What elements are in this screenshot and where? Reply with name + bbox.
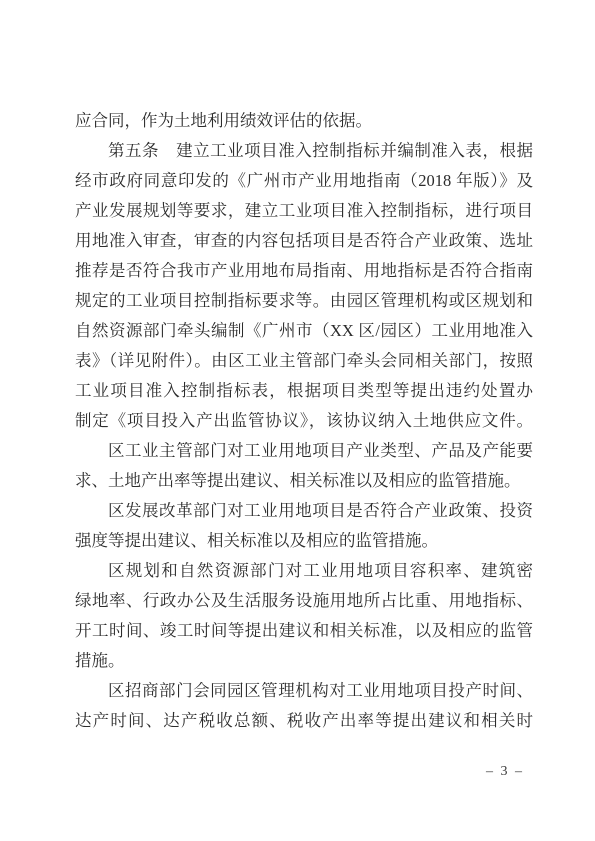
text-line: 措施。 <box>75 646 533 676</box>
text-line: 第五条 建立工业项目准入控制指标并编制准入表，根据 <box>75 136 533 166</box>
text-line: 用地准入审查，审查的内容包括项目是否符合产业政策、选址 <box>75 226 533 256</box>
text-line: 应合同，作为土地利用绩效评估的依据。 <box>75 106 533 136</box>
text-line: 强度等提出建议、相关标准以及相应的监管措施。 <box>75 526 533 556</box>
text-line: 产业发展规划等要求，建立工业项目准入控制指标，进行项目 <box>75 196 533 226</box>
document-body: 应合同，作为土地利用绩效评估的依据。第五条 建立工业项目准入控制指标并编制准入表… <box>75 106 533 736</box>
text-line: 开工时间、竣工时间等提出建议和相关标准，以及相应的监管 <box>75 616 533 646</box>
text-line: 工业项目准入控制指标表，根据项目类型等提出违约处置办法， <box>75 376 533 406</box>
text-line: 经市政府同意印发的《广州市产业用地指南（2018 年版）》及 <box>75 166 533 196</box>
text-line: 表》（详见附件）。由区工业主管部门牵头会同相关部门，按照 <box>75 346 533 376</box>
text-line: 自然资源部门牵头编制《广州市（XX 区/园区）工业用地准入 <box>75 316 533 346</box>
document-page: 应合同，作为土地利用绩效评估的依据。第五条 建立工业项目准入控制指标并编制准入表… <box>0 0 595 841</box>
text-line: 制定《项目投入产出监管协议》，该协议纳入土地供应文件。 <box>75 406 533 436</box>
text-line: 达产时间、达产税收总额、税收产出率等提出建议和相关时限、 <box>75 706 533 736</box>
text-line: 绿地率、行政办公及生活服务设施用地所占比重、用地指标、 <box>75 586 533 616</box>
text-line: 推荐是否符合我市产业用地布局指南、用地指标是否符合指南 <box>75 256 533 286</box>
text-line: 区工业主管部门对工业用地项目产业类型、产品及产能要 <box>75 436 533 466</box>
text-line: 区发展改革部门对工业用地项目是否符合产业政策、投资 <box>75 496 533 526</box>
text-line: 规定的工业项目控制指标要求等。由园区管理机构或区规划和 <box>75 286 533 316</box>
text-line: 区规划和自然资源部门对工业用地项目容积率、建筑密度、 <box>75 556 533 586</box>
page-number: – 3 – <box>455 764 555 780</box>
text-line: 求、土地产出率等提出建议、相关标准以及相应的监管措施。 <box>75 466 533 496</box>
text-line: 区招商部门会同园区管理机构对工业用地项目投产时间、 <box>75 676 533 706</box>
